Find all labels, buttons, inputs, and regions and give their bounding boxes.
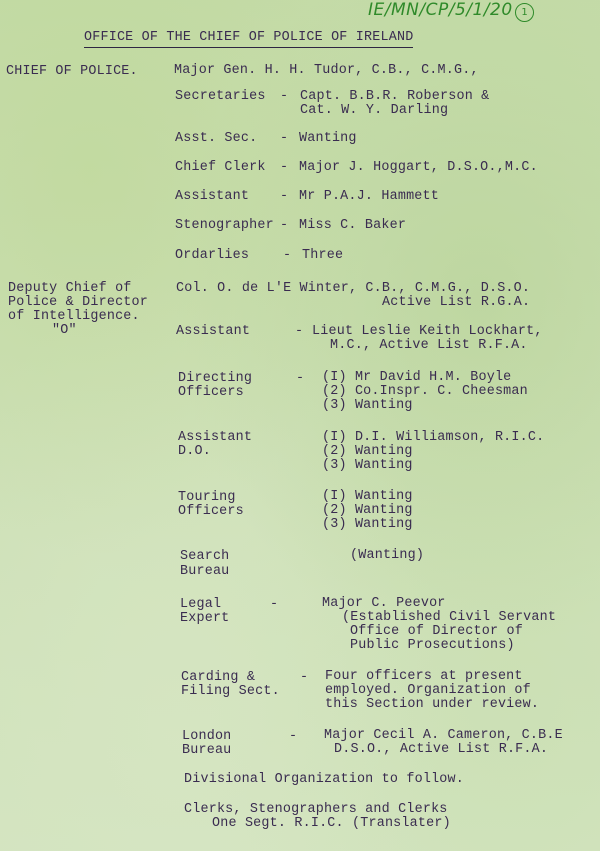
deputy-label-3: of Intelligence. (8, 309, 140, 324)
role-stenographer: Stenographer (175, 218, 274, 233)
asst-do-line-2: (2) Wanting (322, 444, 413, 459)
secretaries-line-2: Cat. W. Y. Darling (300, 103, 448, 118)
orderlies-value: Three (302, 248, 343, 263)
deputy-assistant-line-2: M.C., Active List R.F.A. (330, 338, 528, 353)
assistant-value: Mr P.A.J. Hammett (299, 189, 439, 204)
unit-london-role-2: Bureau (182, 743, 231, 758)
touring-line-2: (2) Wanting (322, 503, 413, 518)
sep: - (289, 729, 297, 744)
legal-line-4: Public Prosecutions) (350, 638, 515, 653)
chief-head: Major Gen. H. H. Tudor, C.B., C.M.G., (174, 63, 479, 78)
role-chief-clerk: Chief Clerk (175, 160, 266, 175)
sep: - (295, 324, 303, 339)
page-number-mark: 1 (515, 3, 534, 22)
unit-asst-do-role-1: Assistant (178, 430, 252, 445)
secretaries-line-1: Capt. B.B.R. Roberson & (300, 89, 489, 104)
sep: - (283, 248, 291, 263)
unit-search-role-1: Search (180, 549, 229, 564)
sep: - (280, 160, 288, 175)
unit-legal-role-2: Expert (180, 611, 229, 626)
sep: - (280, 131, 288, 146)
deputy-assistant-line-1: Lieut Leslie Keith Lockhart, (312, 324, 543, 339)
stenographer-value: Miss C. Baker (299, 218, 406, 233)
sep: - (280, 218, 288, 233)
deputy-label-1: Deputy Chief of (8, 281, 132, 296)
legal-line-2: (Established Civil Servant (342, 610, 556, 625)
role-assistant: Assistant (175, 189, 249, 204)
unit-legal-role-1: Legal (180, 597, 221, 612)
sep: - (300, 670, 308, 685)
sep: - (270, 597, 278, 612)
document-page: IE/MN/CP/5/1/20 1 OFFICE OF THE CHIEF OF… (0, 0, 600, 851)
sep: - (296, 371, 304, 386)
clerks-line-2: One Segt. R.I.C. (Translater) (212, 816, 451, 831)
clerks-line-1: Clerks, Stenographers and Clerks (184, 802, 448, 817)
unit-directing-role-2: Officers (178, 385, 244, 400)
carding-line-2: employed. Organization of (325, 683, 531, 698)
chief-clerk-value: Major J. Hoggart, D.S.O.,M.C. (299, 160, 538, 175)
carding-line-1: Four officers at present (325, 669, 523, 684)
role-orderlies: Ordarlies (175, 248, 249, 263)
directing-line-3: (3) Wanting (322, 398, 413, 413)
directing-line-1: (I) Mr David H.M. Boyle (322, 370, 511, 385)
unit-carding-role-1: Carding & (181, 670, 255, 685)
carding-line-3: this Section under review. (325, 697, 539, 712)
document-title: OFFICE OF THE CHIEF OF POLICE OF IRELAND (84, 30, 413, 48)
divisional-note: Divisional Organization to follow. (184, 772, 464, 787)
deputy-label-2: Police & Director (8, 295, 148, 310)
role-secretaries: Secretaries (175, 89, 266, 104)
unit-london-role-1: London (182, 729, 231, 744)
sep: - (280, 189, 288, 204)
unit-search-role-2: Bureau (180, 564, 229, 579)
deputy-head-line-1: Col. O. de L'E Winter, C.B., C.M.G., D.S… (176, 281, 530, 296)
legal-line-3: Office of Director of (350, 624, 523, 639)
deputy-head-line-2: Active List R.G.A. (382, 295, 530, 310)
unit-touring-role-1: Touring (178, 490, 236, 505)
london-line-2: D.S.O., Active List R.F.A. (334, 742, 548, 757)
unit-touring-role-2: Officers (178, 504, 244, 519)
search-line-1: (Wanting) (350, 548, 424, 563)
london-line-1: Major Cecil A. Cameron, C.B.E (324, 728, 563, 743)
unit-carding-role-2: Filing Sect. (181, 684, 280, 699)
role-asst-sec: Asst. Sec. (175, 131, 257, 146)
touring-line-1: (I) Wanting (322, 489, 413, 504)
deputy-label-4: "O" (52, 323, 77, 338)
asst-do-line-1: (I) D.I. Williamson, R.I.C. (322, 430, 544, 445)
unit-asst-do-role-2: D.O. (178, 444, 211, 459)
asst-do-line-3: (3) Wanting (322, 458, 413, 473)
legal-line-1: Major C. Peevor (322, 596, 446, 611)
unit-directing-role-1: Directing (178, 371, 252, 386)
sep: - (280, 89, 288, 104)
touring-line-3: (3) Wanting (322, 517, 413, 532)
directing-line-2: (2) Co.Inspr. C. Cheesman (322, 384, 528, 399)
archive-reference: IE/MN/CP/5/1/20 (368, 0, 513, 20)
asst-sec-value: Wanting (299, 131, 357, 146)
section-label-chief: CHIEF OF POLICE. (6, 64, 138, 79)
role-deputy-assistant: Assistant (176, 324, 250, 339)
